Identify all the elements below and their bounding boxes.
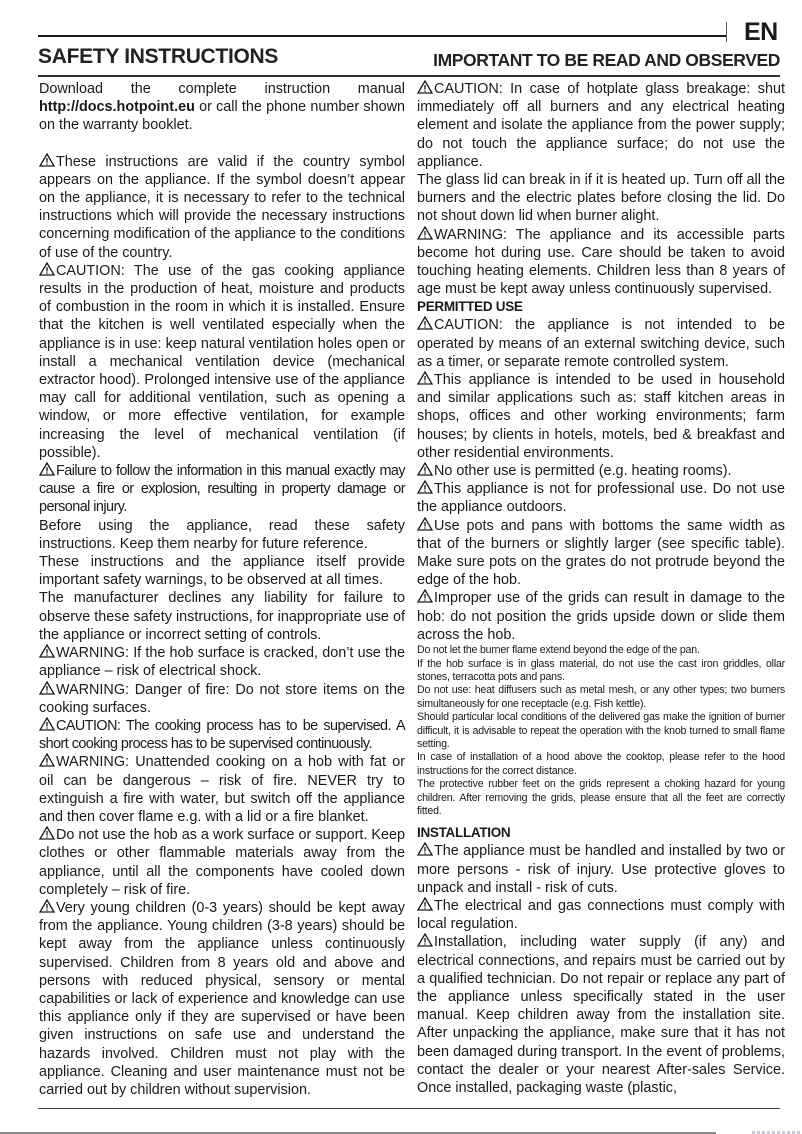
note-burner-flame: Do not let the burner flame extend beyon… <box>417 644 785 657</box>
footer-rule <box>38 1108 780 1109</box>
paragraph-grids: Improper use of the grids can result in … <box>417 589 785 644</box>
paragraph-text: This appliance is intended to be used in… <box>417 372 785 461</box>
paragraph-external-switching: CAUTION: the appliance is not intended t… <box>417 316 785 371</box>
paragraph-text: Very young children (0-3 years) should b… <box>39 900 405 1098</box>
paragraph-text: Failure to follow the information in thi… <box>39 463 405 515</box>
warning-triangle-icon <box>39 462 55 476</box>
paragraph-cracked-hob: WARNING: If the hob surface is cracked, … <box>39 644 405 680</box>
paragraph-text: CAUTION: In case of hotplate glass break… <box>417 81 785 170</box>
note-glass-hob: If the hob surface is in glass material,… <box>417 658 785 685</box>
paragraph-work-surface: Do not use the hob as a work surface or … <box>39 826 405 899</box>
paragraph-safety-warnings: These instructions and the appliance its… <box>39 553 405 589</box>
paragraph-hot-parts: WARNING: The appliance and its accessibl… <box>417 226 785 299</box>
warning-triangle-icon <box>39 899 55 913</box>
paragraph-text: Do not use the hob as a work surface or … <box>39 827 405 898</box>
paragraph-glass-lid: The glass lid can break in if it is heat… <box>417 171 785 226</box>
section-heading-permitted-use: PERMITTED USE <box>417 298 785 316</box>
page-title: SAFETY INSTRUCTIONS <box>38 45 278 69</box>
paragraph-qualified-technician: Installation, including water supply (if… <box>417 933 785 1097</box>
warning-triangle-icon <box>39 153 55 167</box>
paragraph-pots-pans: Use pots and pans with bottoms the same … <box>417 517 785 590</box>
paragraph-text: WARNING: Danger of fire: Do not store it… <box>39 682 405 716</box>
paragraph-text: This appliance is not for professional u… <box>417 481 785 515</box>
warning-triangle-icon <box>417 226 433 240</box>
paragraph-liability: The manufacturer declines any liability … <box>39 589 405 644</box>
paragraph-text: CAUTION: The use of the gas cooking appl… <box>39 263 405 461</box>
note-do-not-use: Do not use: heat diffusers such as metal… <box>417 684 785 711</box>
warning-triangle-icon <box>417 933 433 947</box>
note-hood: In case of installation of a hood above … <box>417 751 785 778</box>
header-top-rule <box>38 35 726 37</box>
paragraph-text: WARNING: The appliance and its accessibl… <box>417 227 785 298</box>
warning-triangle-icon <box>417 480 433 494</box>
page-subtitle: IMPORTANT TO BE READ AND OBSERVED <box>433 50 780 71</box>
warning-triangle-icon <box>417 517 433 531</box>
warning-triangle-icon <box>39 681 55 695</box>
paragraph-country-symbol: These instructions are valid if the coun… <box>39 153 405 262</box>
intro-paragraph: Download the complete instruction manual… <box>39 80 405 135</box>
left-column: Download the complete instruction manual… <box>39 80 405 1099</box>
paragraph-failure-warning: Failure to follow the information in thi… <box>39 462 405 517</box>
paragraph-text: The electrical and gas connections must … <box>417 898 785 932</box>
paragraph-two-persons: The appliance must be handled and instal… <box>417 842 785 897</box>
paragraph-text: No other use is permitted (e.g. heating … <box>434 463 732 479</box>
section-heading-installation: INSTALLATION <box>417 824 785 842</box>
paragraph-connections: The electrical and gas connections must … <box>417 897 785 933</box>
paragraph-not-professional: This appliance is not for professional u… <box>417 480 785 516</box>
paragraph-gas-caution: CAUTION: The use of the gas cooking appl… <box>39 262 405 462</box>
paragraph-no-other-use: No other use is permitted (e.g. heating … <box>417 462 785 480</box>
paragraph-text: CAUTION: The cooking process has to be s… <box>39 718 405 752</box>
paragraph-text: These instructions are valid if the coun… <box>39 154 405 261</box>
note-ignition: Should particular local conditions of th… <box>417 711 785 751</box>
paragraph-text: CAUTION: the appliance is not intended t… <box>417 317 785 369</box>
warning-triangle-icon <box>417 589 433 603</box>
warning-triangle-icon <box>39 262 55 276</box>
warning-triangle-icon <box>417 80 433 94</box>
paragraph-household-use: This appliance is intended to be used in… <box>417 371 785 462</box>
paragraph-unattended-cooking: WARNING: Unattended cooking on a hob wit… <box>39 753 405 826</box>
paragraph-text: WARNING: If the hob surface is cracked, … <box>39 645 405 679</box>
warning-triangle-icon <box>417 897 433 911</box>
paragraph-fire-danger: WARNING: Danger of fire: Do not store it… <box>39 681 405 717</box>
warning-triangle-icon <box>417 371 433 385</box>
header-rule <box>38 75 780 77</box>
paragraph-read-before-use: Before using the appliance, read these s… <box>39 517 405 553</box>
paragraph-supervised-cooking: CAUTION: The cooking process has to be s… <box>39 717 405 753</box>
paragraph-text: Improper use of the grids can result in … <box>417 590 785 642</box>
paragraph-glass-breakage: CAUTION: In case of hotplate glass break… <box>417 80 785 171</box>
manual-link[interactable]: http://docs.hotpoint.eu <box>39 99 195 115</box>
right-column: CAUTION: In case of hotplate glass break… <box>417 80 785 1097</box>
warning-triangle-icon <box>39 644 55 658</box>
note-rubber-feet: The protective rubber feet on the grids … <box>417 778 785 818</box>
paragraph-text: Installation, including water supply (if… <box>417 934 785 1096</box>
warning-triangle-icon <box>39 717 55 731</box>
paragraph-text: Use pots and pans with bottoms the same … <box>417 518 785 589</box>
language-divider <box>726 22 727 42</box>
warning-triangle-icon <box>417 842 433 856</box>
warning-triangle-icon <box>39 753 55 767</box>
paragraph-text: WARNING: Unattended cooking on a hob wit… <box>39 754 405 825</box>
paragraph-children: Very young children (0-3 years) should b… <box>39 899 405 1099</box>
warning-triangle-icon <box>417 462 433 476</box>
warning-triangle-icon <box>417 316 433 330</box>
warning-triangle-icon <box>39 826 55 840</box>
intro-text: Download the complete instruction manual <box>39 81 405 97</box>
paragraph-text: The appliance must be handled and instal… <box>417 843 785 895</box>
language-code: EN <box>744 18 778 47</box>
